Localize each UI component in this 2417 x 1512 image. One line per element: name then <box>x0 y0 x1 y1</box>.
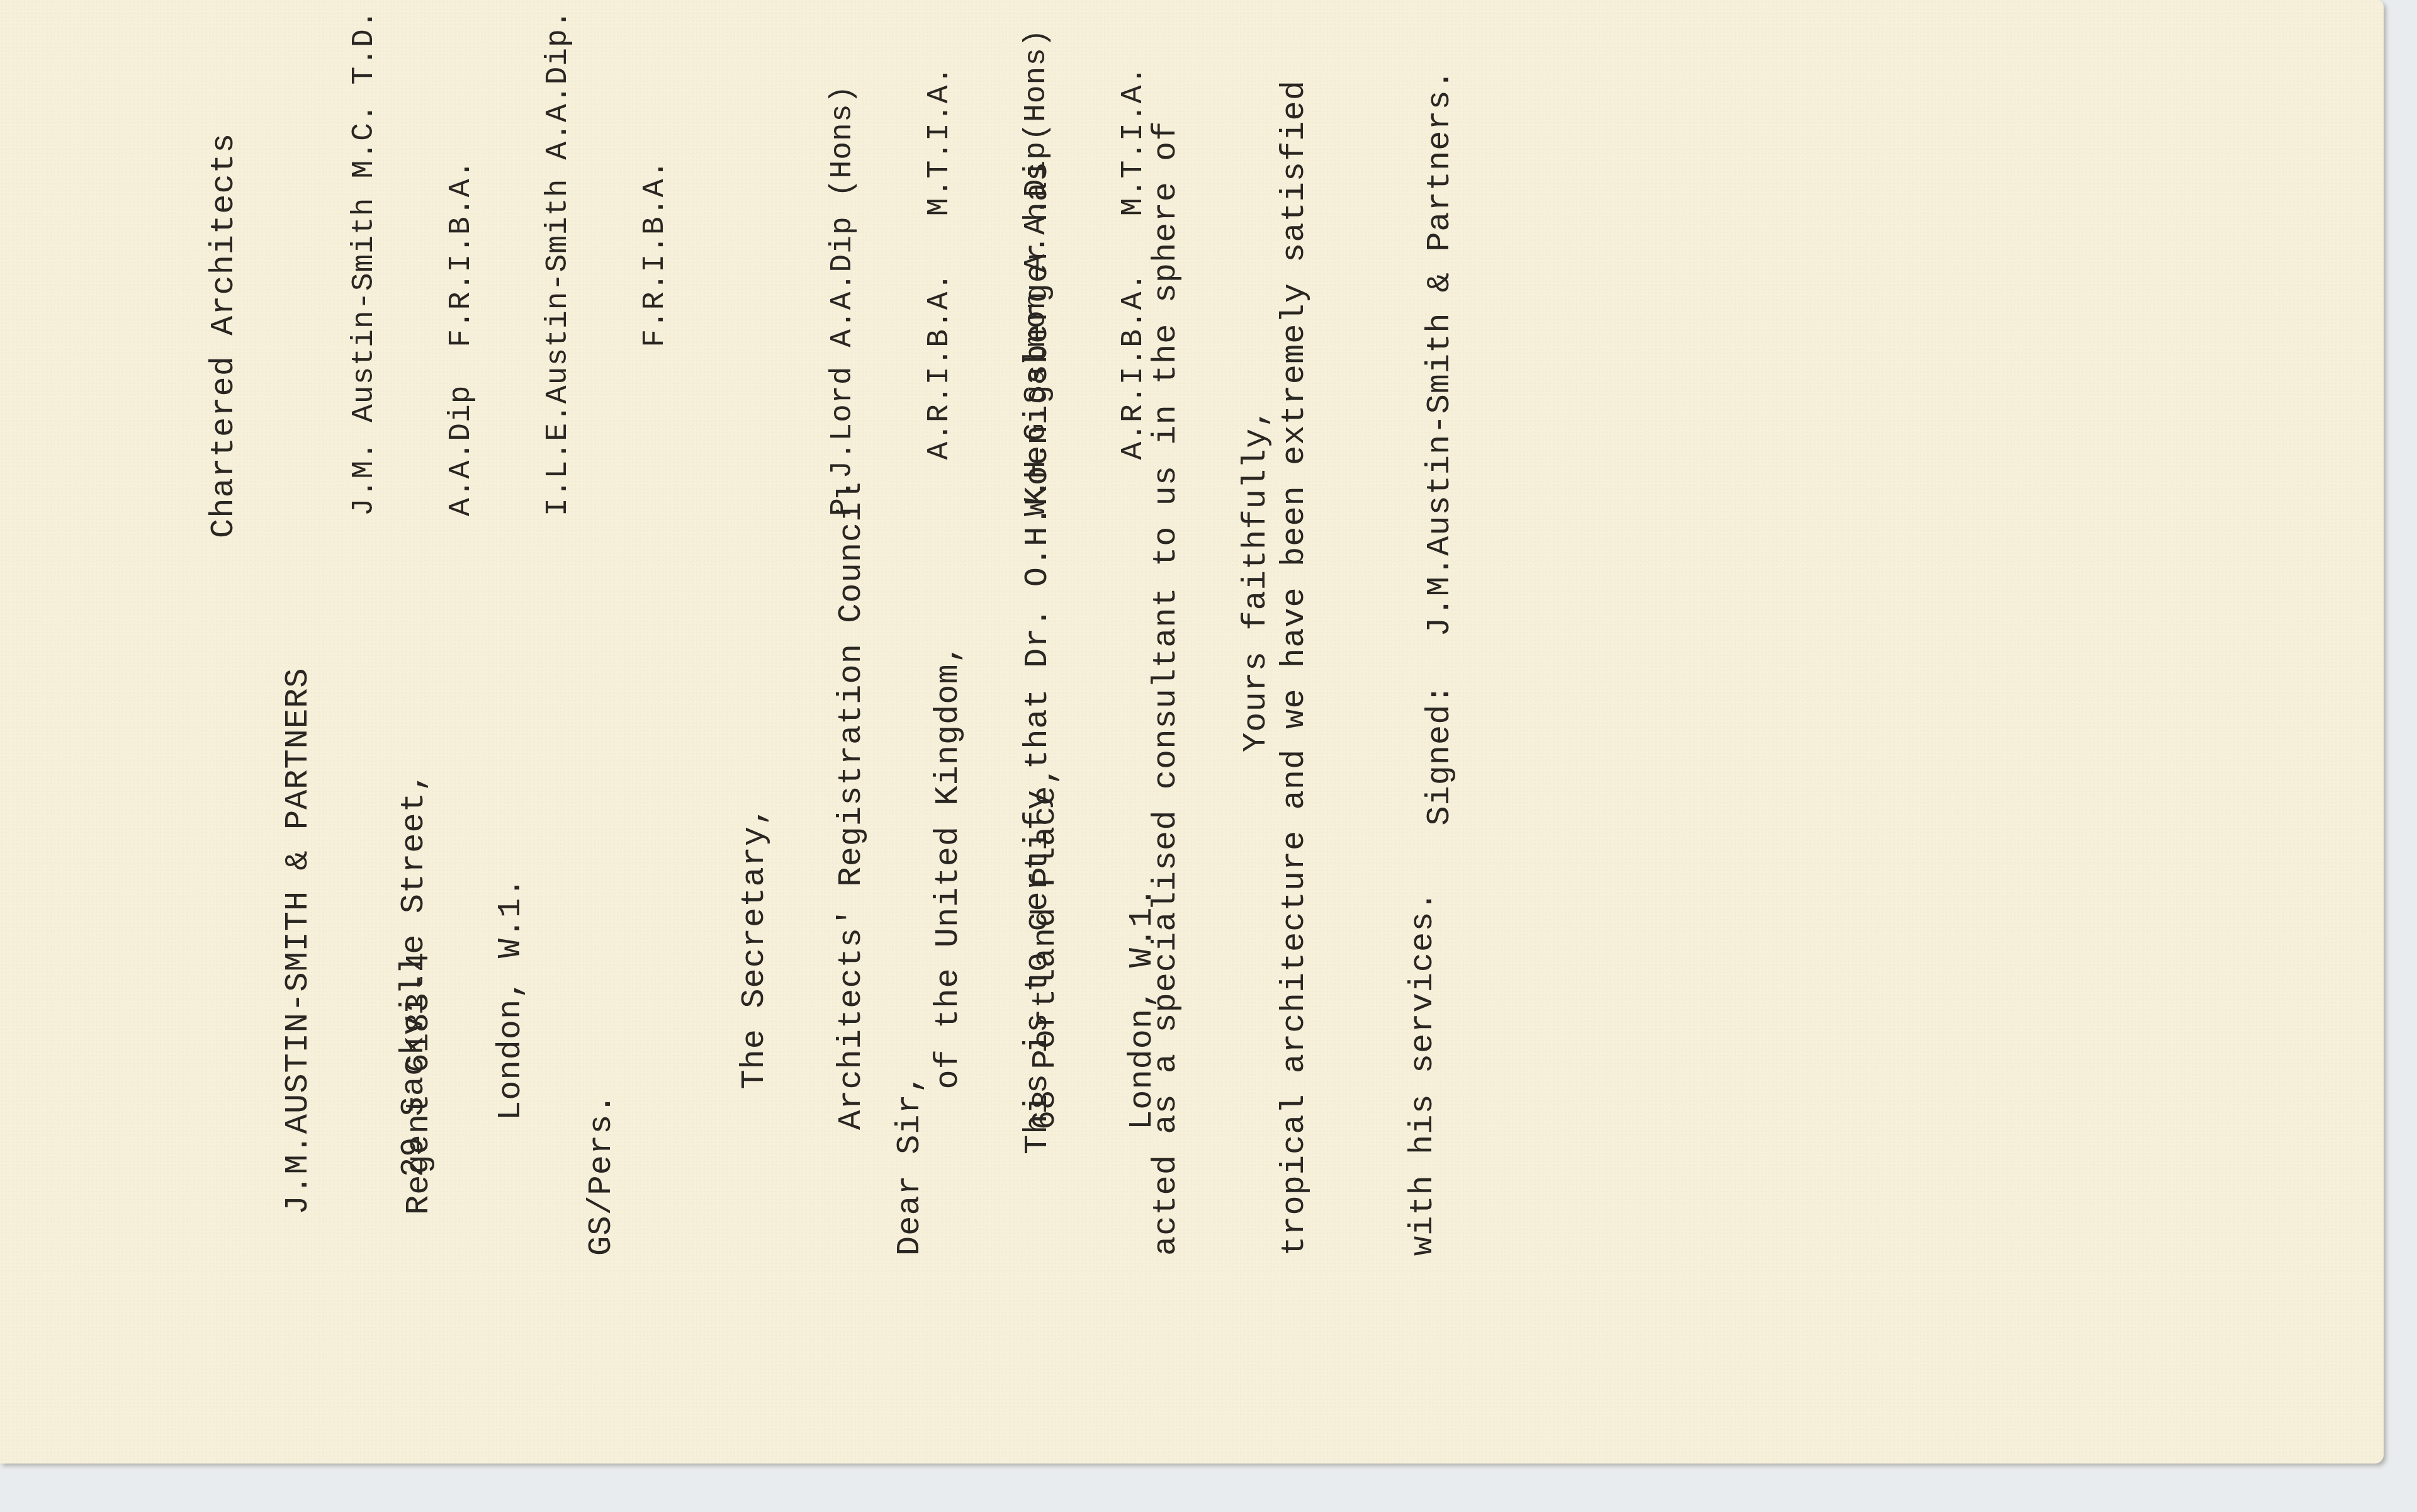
letter-sheet: J.M.AUSTIN-SMITH & PARTNERS 29 Sackville… <box>0 0 2384 1464</box>
telephone-number: Regent 6183-4 <box>403 951 436 1215</box>
letter-content-rotated: J.M.AUSTIN-SMITH & PARTNERS 29 Sackville… <box>0 0 2384 1464</box>
recipient-line: Architects' Registration Council <box>836 481 867 1130</box>
body-line: tropical architecture and we have been e… <box>1279 80 1342 1256</box>
partner-line: I.L.E.Austin-Smith A.A.Dip. <box>543 9 574 516</box>
signed-label: Signed: <box>1424 637 1456 826</box>
recipient-line: The Secretary, <box>739 481 770 1130</box>
partner-line: J.M. Austin-Smith M.C. T.D. <box>349 9 380 516</box>
signatory-name: J.M.Austin-Smith & Partners. <box>1421 69 1458 637</box>
partner-line: A.A.Dip F.R.I.B.A. <box>446 9 477 516</box>
partner-line: A.R.I.B.A. M.T.I.A. <box>924 9 955 516</box>
partner-line: F.R.I.B.A. <box>639 9 671 516</box>
reference-code: GS/Pers. <box>585 1093 618 1256</box>
partner-gap <box>736 9 762 516</box>
body-line: This is to certify that Dr. O.H.Koenigsb… <box>1022 80 1085 1256</box>
body-line: acted as a specialised consultant to us … <box>1151 80 1214 1256</box>
signature-block: Signed:J.M.Austin-Smith & Partners. <box>1391 69 1489 947</box>
salutation: Dear Sir, <box>894 1073 927 1256</box>
closing: Yours faithfully, <box>1240 408 1273 753</box>
firm-name: J.M.AUSTIN-SMITH & PARTNERS <box>273 667 324 1215</box>
firm-address-line-2: London, W.1. <box>486 667 536 1215</box>
partner-line: P.J.Lord A.A.Dip (Hons) <box>827 9 859 516</box>
profession-title: Chartered Architects <box>208 133 240 538</box>
